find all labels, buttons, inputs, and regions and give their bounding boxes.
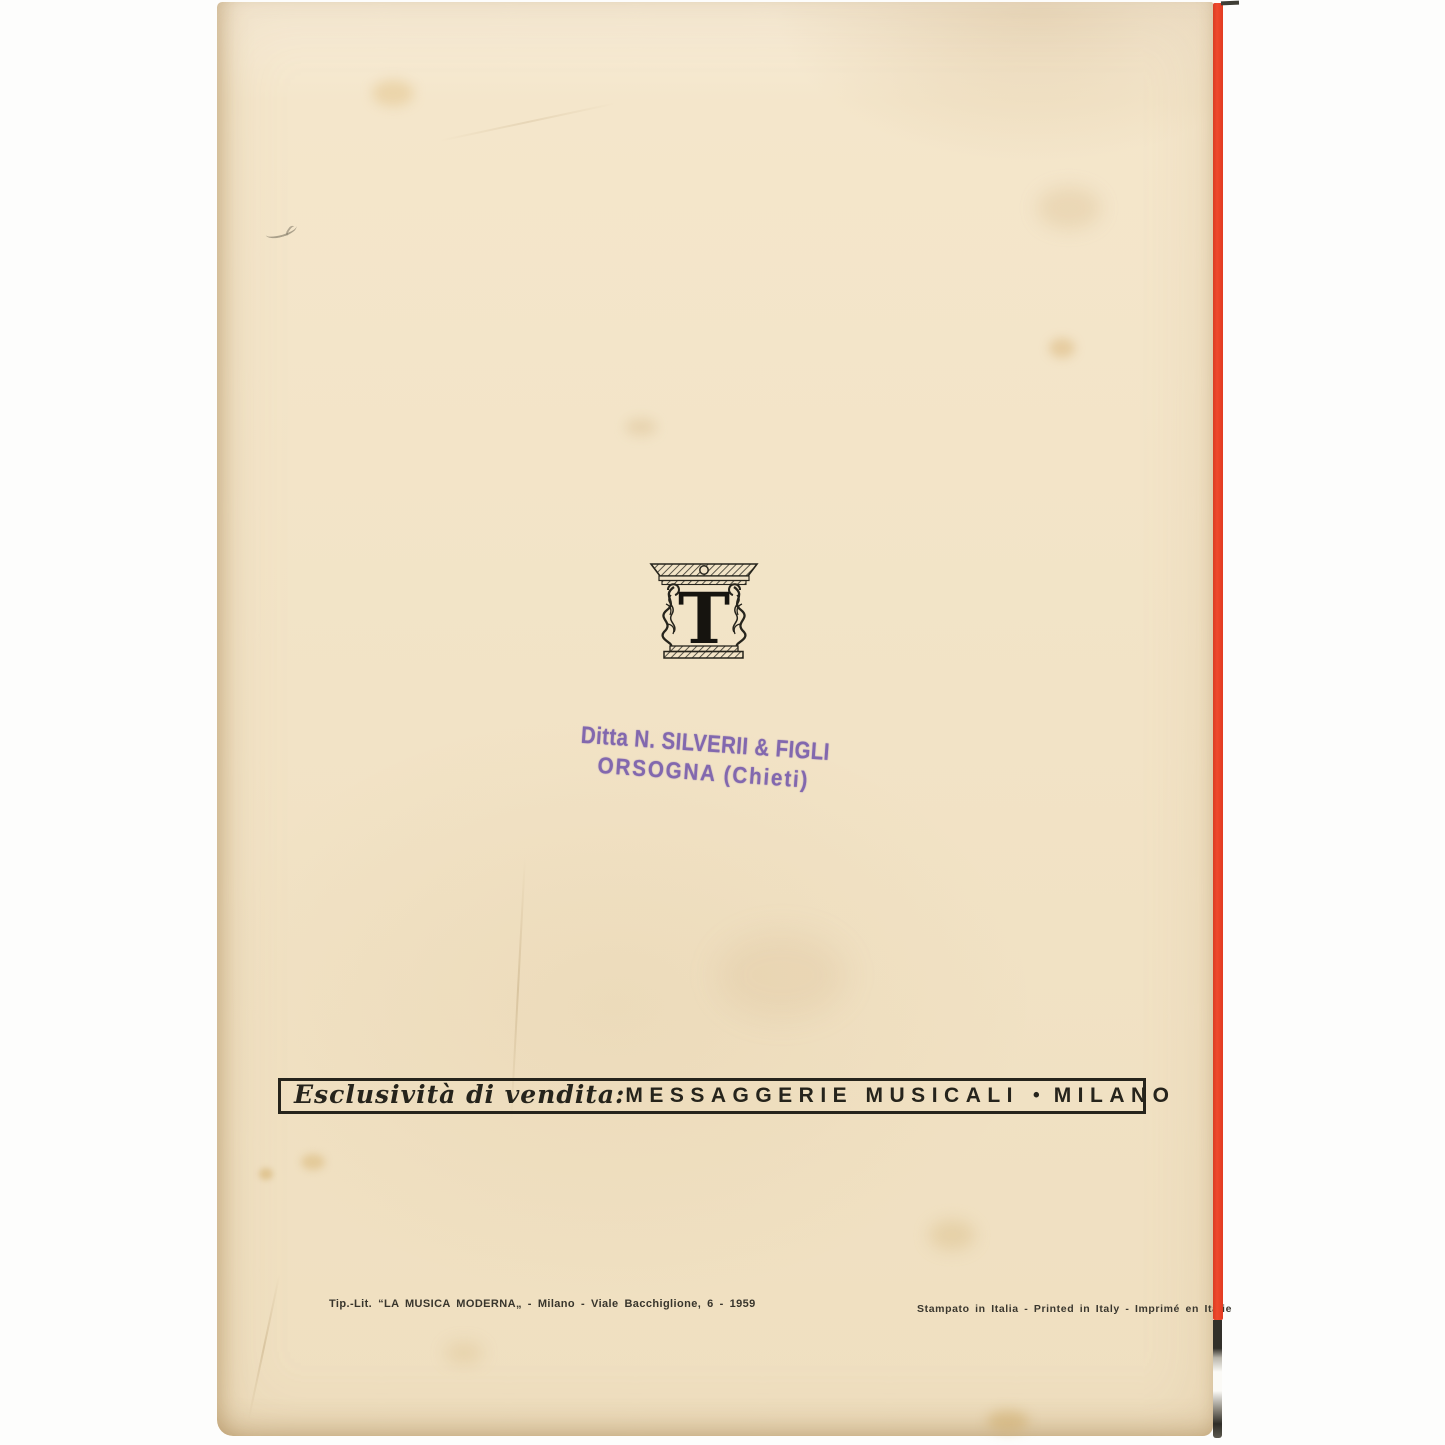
fox-stain: [1037, 187, 1101, 229]
inner-cover-red-stripe: [1213, 3, 1223, 1320]
fox-stain: [301, 1154, 325, 1170]
fox-stain: [445, 1342, 483, 1364]
distributor-city: MILANO: [1054, 1084, 1176, 1108]
scan-edge-mark: [1221, 1, 1239, 6]
fox-stain: [259, 1168, 273, 1180]
ornament-knob: [700, 566, 708, 574]
fox-stain: [372, 80, 414, 106]
fox-stain: [625, 418, 657, 436]
fox-stain: [1049, 338, 1075, 358]
printer-imprint: Tip.-Lit. “LA MUSICA MODERNA„ - Milano -…: [329, 1298, 756, 1310]
distributor-box: Esclusività di vendita: MESSAGGERIE MUSI…: [278, 1078, 1146, 1114]
fox-stain: [987, 1410, 1029, 1432]
printed-in-italy-imprint: Stampato in Italia - Printed in Italy - …: [917, 1303, 1232, 1315]
sheet-music-back-cover: T Ditta N. SILVERII & FIGLI ORSOGNA (Chi…: [217, 2, 1213, 1436]
distributor-script-label: Esclusività di vendita:: [294, 1080, 625, 1112]
dealer-ink-stamp: Ditta N. SILVERII & FIGLI ORSOGNA (Chiet…: [553, 720, 856, 797]
distributor-name-group: MESSAGGERIE MUSICALI • MILANO: [625, 1084, 1175, 1108]
scanner-background: T Ditta N. SILVERII & FIGLI ORSOGNA (Chi…: [0, 0, 1445, 1445]
paper-crease: [440, 102, 616, 141]
page-edge-shadow: [1213, 1320, 1222, 1438]
woodcut-initial-T-ornament: T: [648, 560, 760, 660]
bullet-separator: •: [1033, 1085, 1040, 1107]
distributor-name: MESSAGGERIE MUSICALI: [625, 1084, 1019, 1108]
paper-crease: [247, 1273, 280, 1420]
fox-stain: [929, 1220, 975, 1250]
fox-stain: [717, 932, 847, 1018]
